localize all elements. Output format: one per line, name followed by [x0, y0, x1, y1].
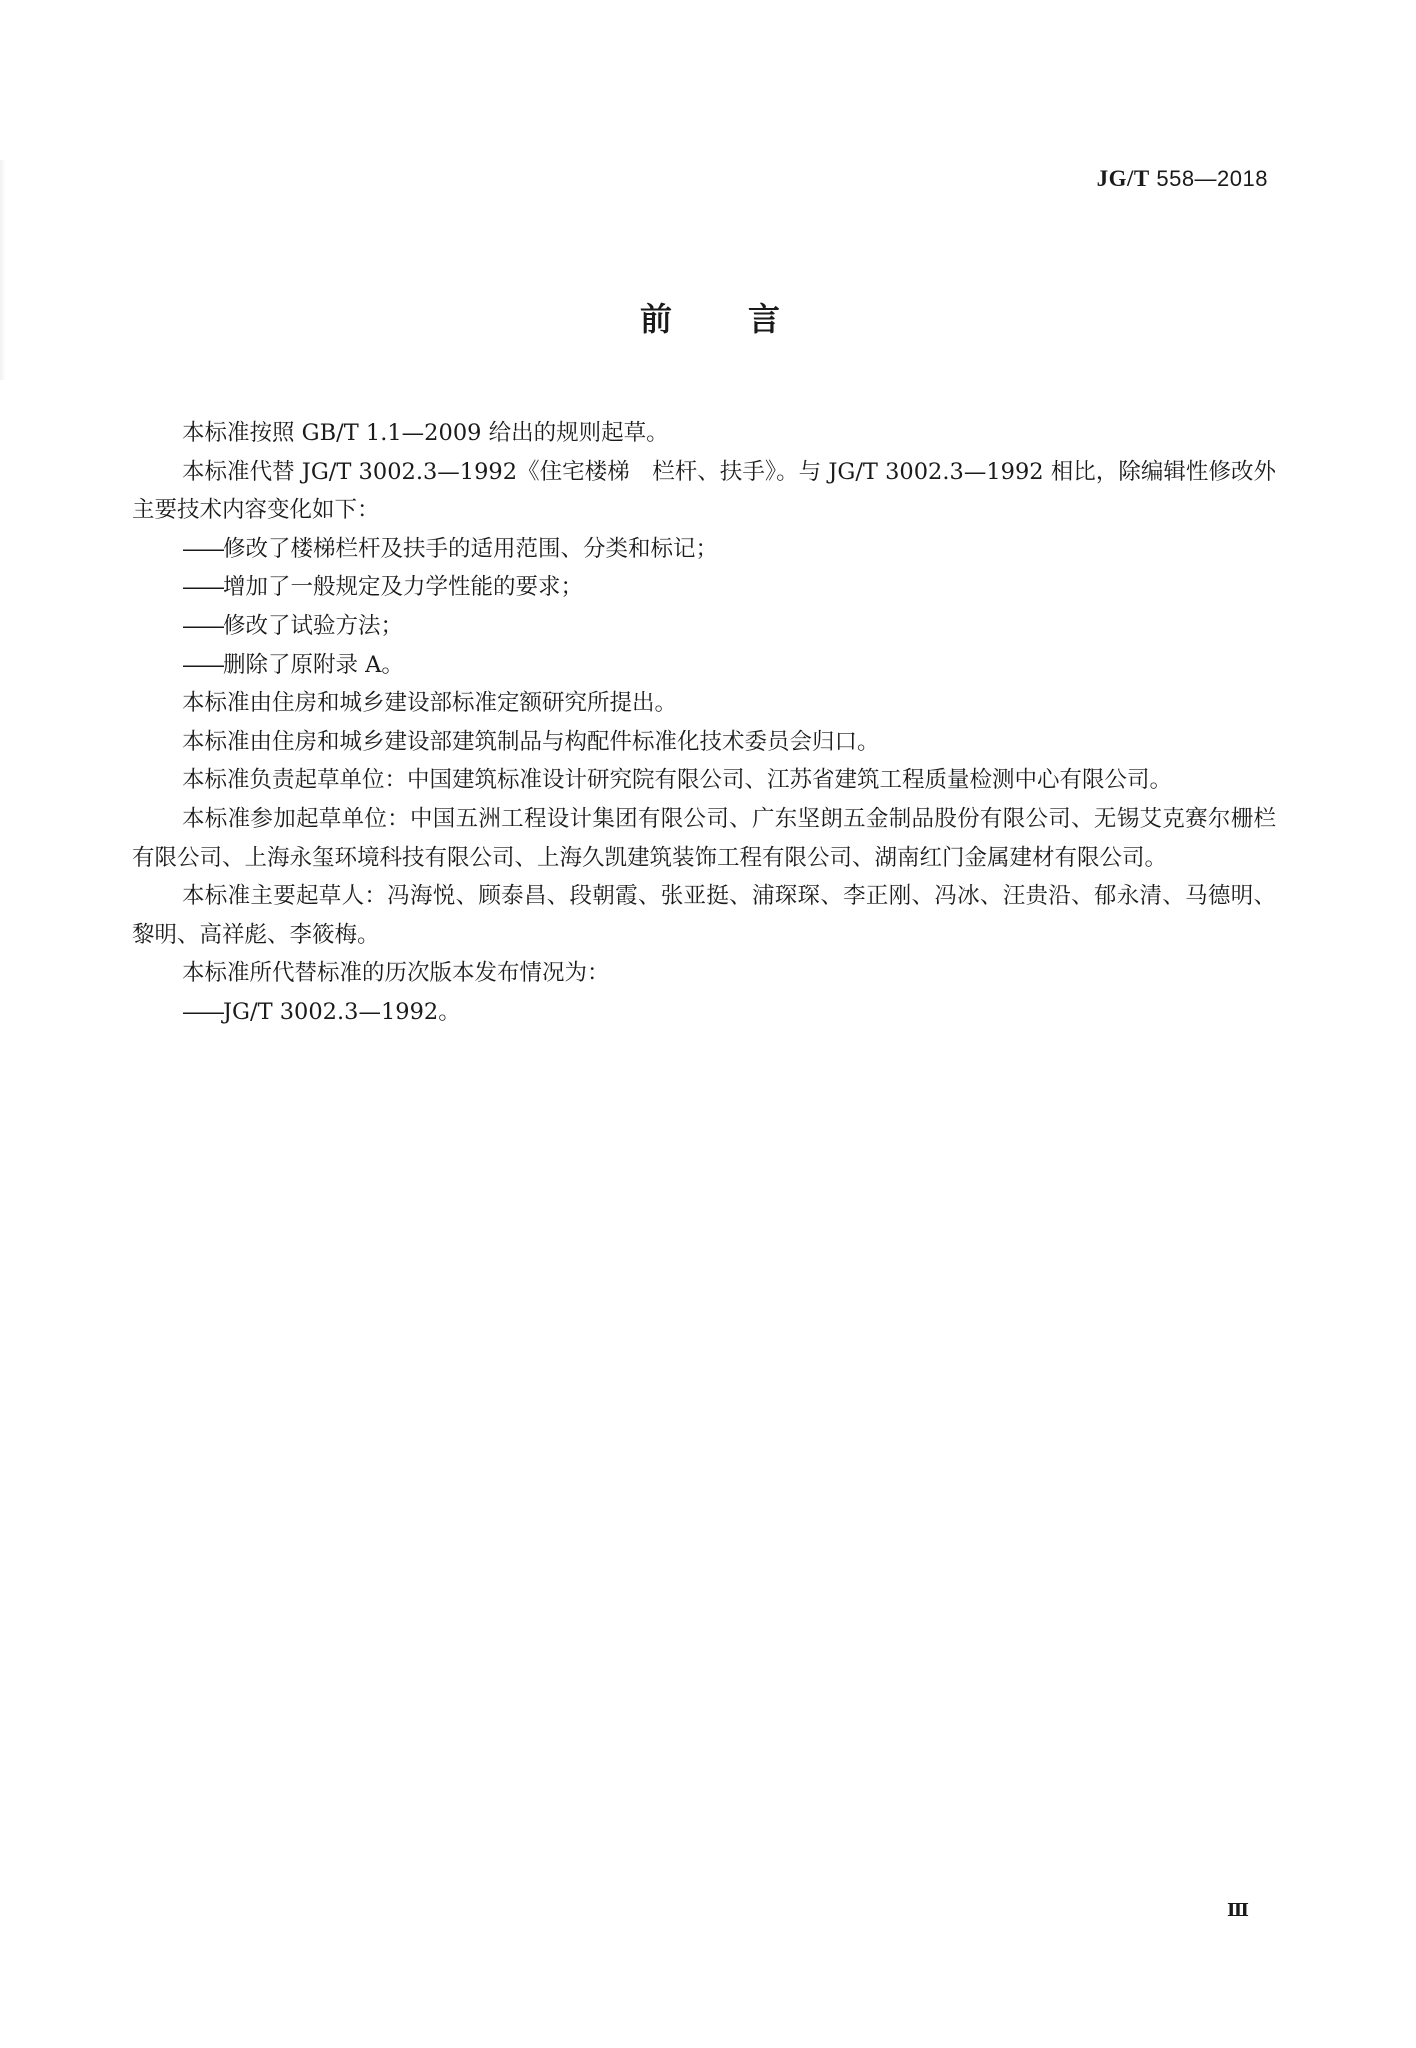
previous-edition-item: ——JG/T 3002.3—1992。: [132, 993, 1276, 1032]
change-item-text: 修改了试验方法；: [223, 613, 403, 639]
standard-code-number: 558—2018: [1156, 166, 1268, 191]
change-item: ——增加了一般规定及力学性能的要求；: [132, 568, 1276, 607]
standard-code-prefix: JG/T: [1097, 166, 1150, 191]
em-dash-bullet: ——: [182, 574, 223, 600]
foreword-body: 本标准按照 GB/T 1.1—2009 给出的规则起草。 本标准代替 JG/T …: [132, 414, 1276, 1032]
previous-edition-text: JG/T 3002.3—1992。: [223, 999, 461, 1025]
paragraph-participating-units: 本标准参加起草单位：中国五洲工程设计集团有限公司、广东坚朗五金制品股份有限公司、…: [132, 800, 1276, 877]
em-dash-bullet: ——: [182, 536, 223, 562]
scan-page-edge: [0, 160, 6, 380]
paragraph-previous-editions: 本标准所代替标准的历次版本发布情况为：: [132, 954, 1276, 993]
em-dash-bullet: ——: [182, 613, 223, 639]
paragraph-drafting-rules: 本标准按照 GB/T 1.1—2009 给出的规则起草。: [132, 414, 1276, 453]
page-title: 前言: [0, 294, 1416, 340]
em-dash-bullet: ——: [182, 999, 223, 1025]
change-item-text: 删除了原附录 A。: [223, 652, 404, 678]
paragraph-lead-drafting-units: 本标准负责起草单位：中国建筑标准设计研究院有限公司、江苏省建筑工程质量检测中心有…: [132, 761, 1276, 800]
em-dash-bullet: ——: [182, 652, 223, 678]
standard-code-header: JG/T 558—2018: [1097, 166, 1268, 192]
paragraph-replaces-standard: 本标准代替 JG/T 3002.3—1992《住宅楼梯 栏杆、扶手》。与 JG/…: [132, 453, 1276, 530]
change-item: ——修改了楼梯栏杆及扶手的适用范围、分类和标记；: [132, 530, 1276, 569]
change-item-text: 增加了一般规定及力学性能的要求；: [223, 574, 583, 600]
change-item: ——删除了原附录 A。: [132, 646, 1276, 685]
paragraph-technical-committee: 本标准由住房和城乡建设部建筑制品与构配件标准化技术委员会归口。: [132, 723, 1276, 762]
paragraph-main-drafters: 本标准主要起草人：冯海悦、顾泰昌、段朝霞、张亚挺、浦琛琛、李正刚、冯冰、汪贵沿、…: [132, 877, 1276, 954]
change-item-text: 修改了楼梯栏杆及扶手的适用范围、分类和标记；: [223, 536, 718, 562]
change-item: ——修改了试验方法；: [132, 607, 1276, 646]
paragraph-proposed-by: 本标准由住房和城乡建设部标准定额研究所提出。: [132, 684, 1276, 723]
page-number: Ⅲ: [1227, 1900, 1248, 1921]
